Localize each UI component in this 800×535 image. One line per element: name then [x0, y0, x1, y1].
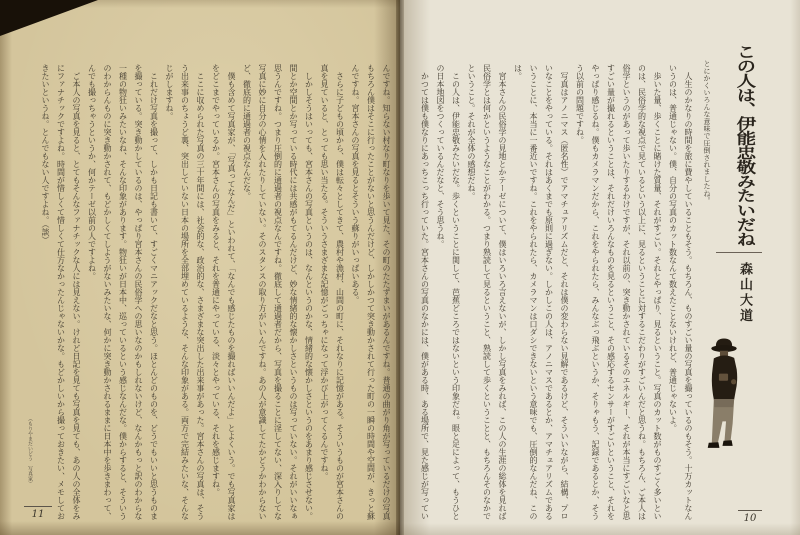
text-column: 写真はアノニマス（匿名性）でアマチュアリズムだと、それは僕の変わらない見解である…	[559, 64, 570, 520]
text-column: この人は、伊能忠敬みたいだな。歩くということに関して、芭蕉どころではないという印…	[451, 64, 462, 520]
text-column: いうことに、本当に一番近いですね。これをやられたら、カメラマンは口ダシできないと…	[528, 64, 539, 520]
text-column: しかしそうはいっても、宮本さんの写真というのは、なんというのかな、情緒的な懐かし…	[304, 64, 315, 520]
right-page: この人は、伊能忠敬みたいだね とにかくいろんな意味で圧倒されましたね。 森山大道…	[400, 0, 800, 535]
text-column: 一種の物狂いみたいなね、そんな印象があります。物狂いが日本中、巡っているという感…	[118, 64, 129, 520]
text-column: きたいというね。とんでもない人ですよね。（談）	[40, 64, 51, 520]
text-column: う以前の問題ですね。	[575, 64, 586, 520]
walking-photographer-icon	[703, 336, 745, 456]
text-column: 人生のかなりの時間を旅に費やしていることもそう。もちろん、ものすごい量の写真を撮…	[683, 64, 694, 520]
article-title: この人は、伊能忠敬みたいだね	[733, 44, 760, 258]
text-column: ここに収められた写真の三十年間には、社会的な、政治的な、さまざまな突出した出来事…	[195, 64, 206, 520]
text-column: んでも撮っちゃうというか、何かテーゼ以前の人ですよね。	[87, 64, 98, 520]
text-column: いうのは、普通じゃない。僕、自分の写真のカット数なんて数えたことないけれど、普通…	[668, 64, 679, 520]
text-column: じがしますね。	[164, 64, 175, 520]
text-column: を撮っている。突き動かしているのは、やっぱり宮本さんの民俗学への思いなのかもしれ…	[133, 64, 144, 520]
magazine-spread: んですね。知らない村なり町なりを歩いて見た、その町のたたずまいがあるんですね。普…	[0, 0, 800, 535]
text-column: 俗学というのがあって歩いたりするわけですが、それ以前の、突き動かされているそのエ…	[621, 64, 632, 520]
text-column: んですね。知らない村なり町なりを歩いて見た、その町のたたずまいがあるんですね。普…	[381, 64, 392, 520]
text-column: ご本人の写真を見ると、とてもそんなファナチックな人には見えない。けれど日記を見て…	[71, 64, 82, 520]
text-column: 思うんですね。つまり圧倒的に通過者の視点なんですね。徹底して通過者だから、写真を…	[273, 64, 284, 520]
author-caption: （もりやまだいどう 写真家）	[27, 416, 34, 496]
right-page-body-text: 人生のかなりの時間を旅に費やしていることもそう。もちろん、ものすごい量の写真を撮…	[414, 64, 694, 520]
text-column: のわからんものに突き動かされて、もどかしくてしようがないみたいな、何かに突き動か…	[102, 64, 113, 520]
text-column: ど、徹底的に通過者の視点なんだな。	[242, 64, 253, 520]
title-divider	[716, 252, 762, 253]
text-column: 宮本さんの民俗学の見地とかテーゼについて、僕はいろいろ言えないが、しかし写真をみ…	[497, 64, 508, 520]
text-column: 歩いた量、歩くことに賭けた質量、それがすごい。それとやっぱり、見るということ。写…	[652, 64, 663, 520]
text-column: は。	[513, 64, 524, 520]
text-column: もちろん僕はそこに行ったことがないと思うんだけど、しかしかつて突き動かされて行っ…	[366, 64, 377, 520]
text-column: すごい量が撮れるということは、それだけいろんなものを見るということ、その感応する…	[606, 64, 617, 520]
text-column: ということ。それが全体の感想だね。	[466, 64, 477, 520]
left-page: んですね。知らない村なり町なりを歩いて見た、その町のたたずまいがあるんですね。普…	[0, 0, 400, 535]
text-column: やっぱり感じるね。僕もカメラマンだから、これをやられたら、みんなぶっ飛ぶというか…	[590, 64, 601, 520]
gutter-shadow	[396, 0, 404, 535]
text-column: の日本地図をつくっているんだなと、そう思うね。	[435, 64, 446, 520]
article-subtitle: とにかくいろんな意味で圧倒されましたね。	[702, 60, 712, 220]
text-column: う出来事のちょうど裏、突出していない日本の場所を全部埋めているような、そんな印象…	[180, 64, 191, 520]
text-column: のは、民俗学的な視点で見ているという以上に、見るということに対するこだわりがすご…	[637, 64, 648, 520]
text-column: をどこまでやっているか。宮本さんの写真をみると、それを普通にやっている、淡々とや…	[211, 64, 222, 520]
text-column: 僕も含めて写真家が、「写真ってなんだ」といわれて、「なんでも感じたものを撮ればい…	[226, 64, 237, 520]
text-column: にファナチックですよね。時間が惜しくて惜しくて仕方なかったんじゃないかな。もどか…	[56, 64, 67, 520]
page-number-11: 11	[24, 506, 52, 520]
text-column: いなことをやっている。それはあくまでも原則に過ぎない。しかしこの人は、アノニマス…	[544, 64, 555, 520]
walking-photographer-photo	[703, 336, 745, 456]
text-column: んですね。宮本さんの写真を見るとそういう蘇りがいっぱいある。	[350, 64, 361, 520]
text-column: 民俗学とは何かというようなことがわかる。つまり熟読して見るということ、熟読して歩…	[482, 64, 493, 520]
left-page-body-text: んですね。知らない村なり町なりを歩いて見た、その町のたたずまいがあるんですね。普…	[35, 64, 392, 520]
text-column: 間とか空間とか写っている時代には共感がもてるんだけど、妙な情緒的な懐かしさという…	[288, 64, 299, 520]
author-name: 森山大道	[735, 262, 754, 332]
text-column: これだけ写真を撮って、しかも日記も書いて、すごくマニアックだなと思う。ほとんどの…	[149, 64, 160, 520]
text-column: 写真に妙に自分の心情を入れたりしていない。そのスタンスの取り方がいいんですね。あ…	[257, 64, 268, 520]
text-column: かつては僕も僕なりにあっちこっち行っていた。宮本さんの写真のなかには、僕がある時…	[420, 64, 431, 520]
text-column: さらに子どもの頃から、僕は転々としてきて、農村や漁村、山間の町に、それなりに記憶…	[335, 64, 346, 520]
text-column: 真を見ていると、とっても思い当たる。そういうさまざまな記憶がごっちゃになって浮か…	[319, 64, 330, 520]
page-number-10: 10	[738, 510, 762, 524]
